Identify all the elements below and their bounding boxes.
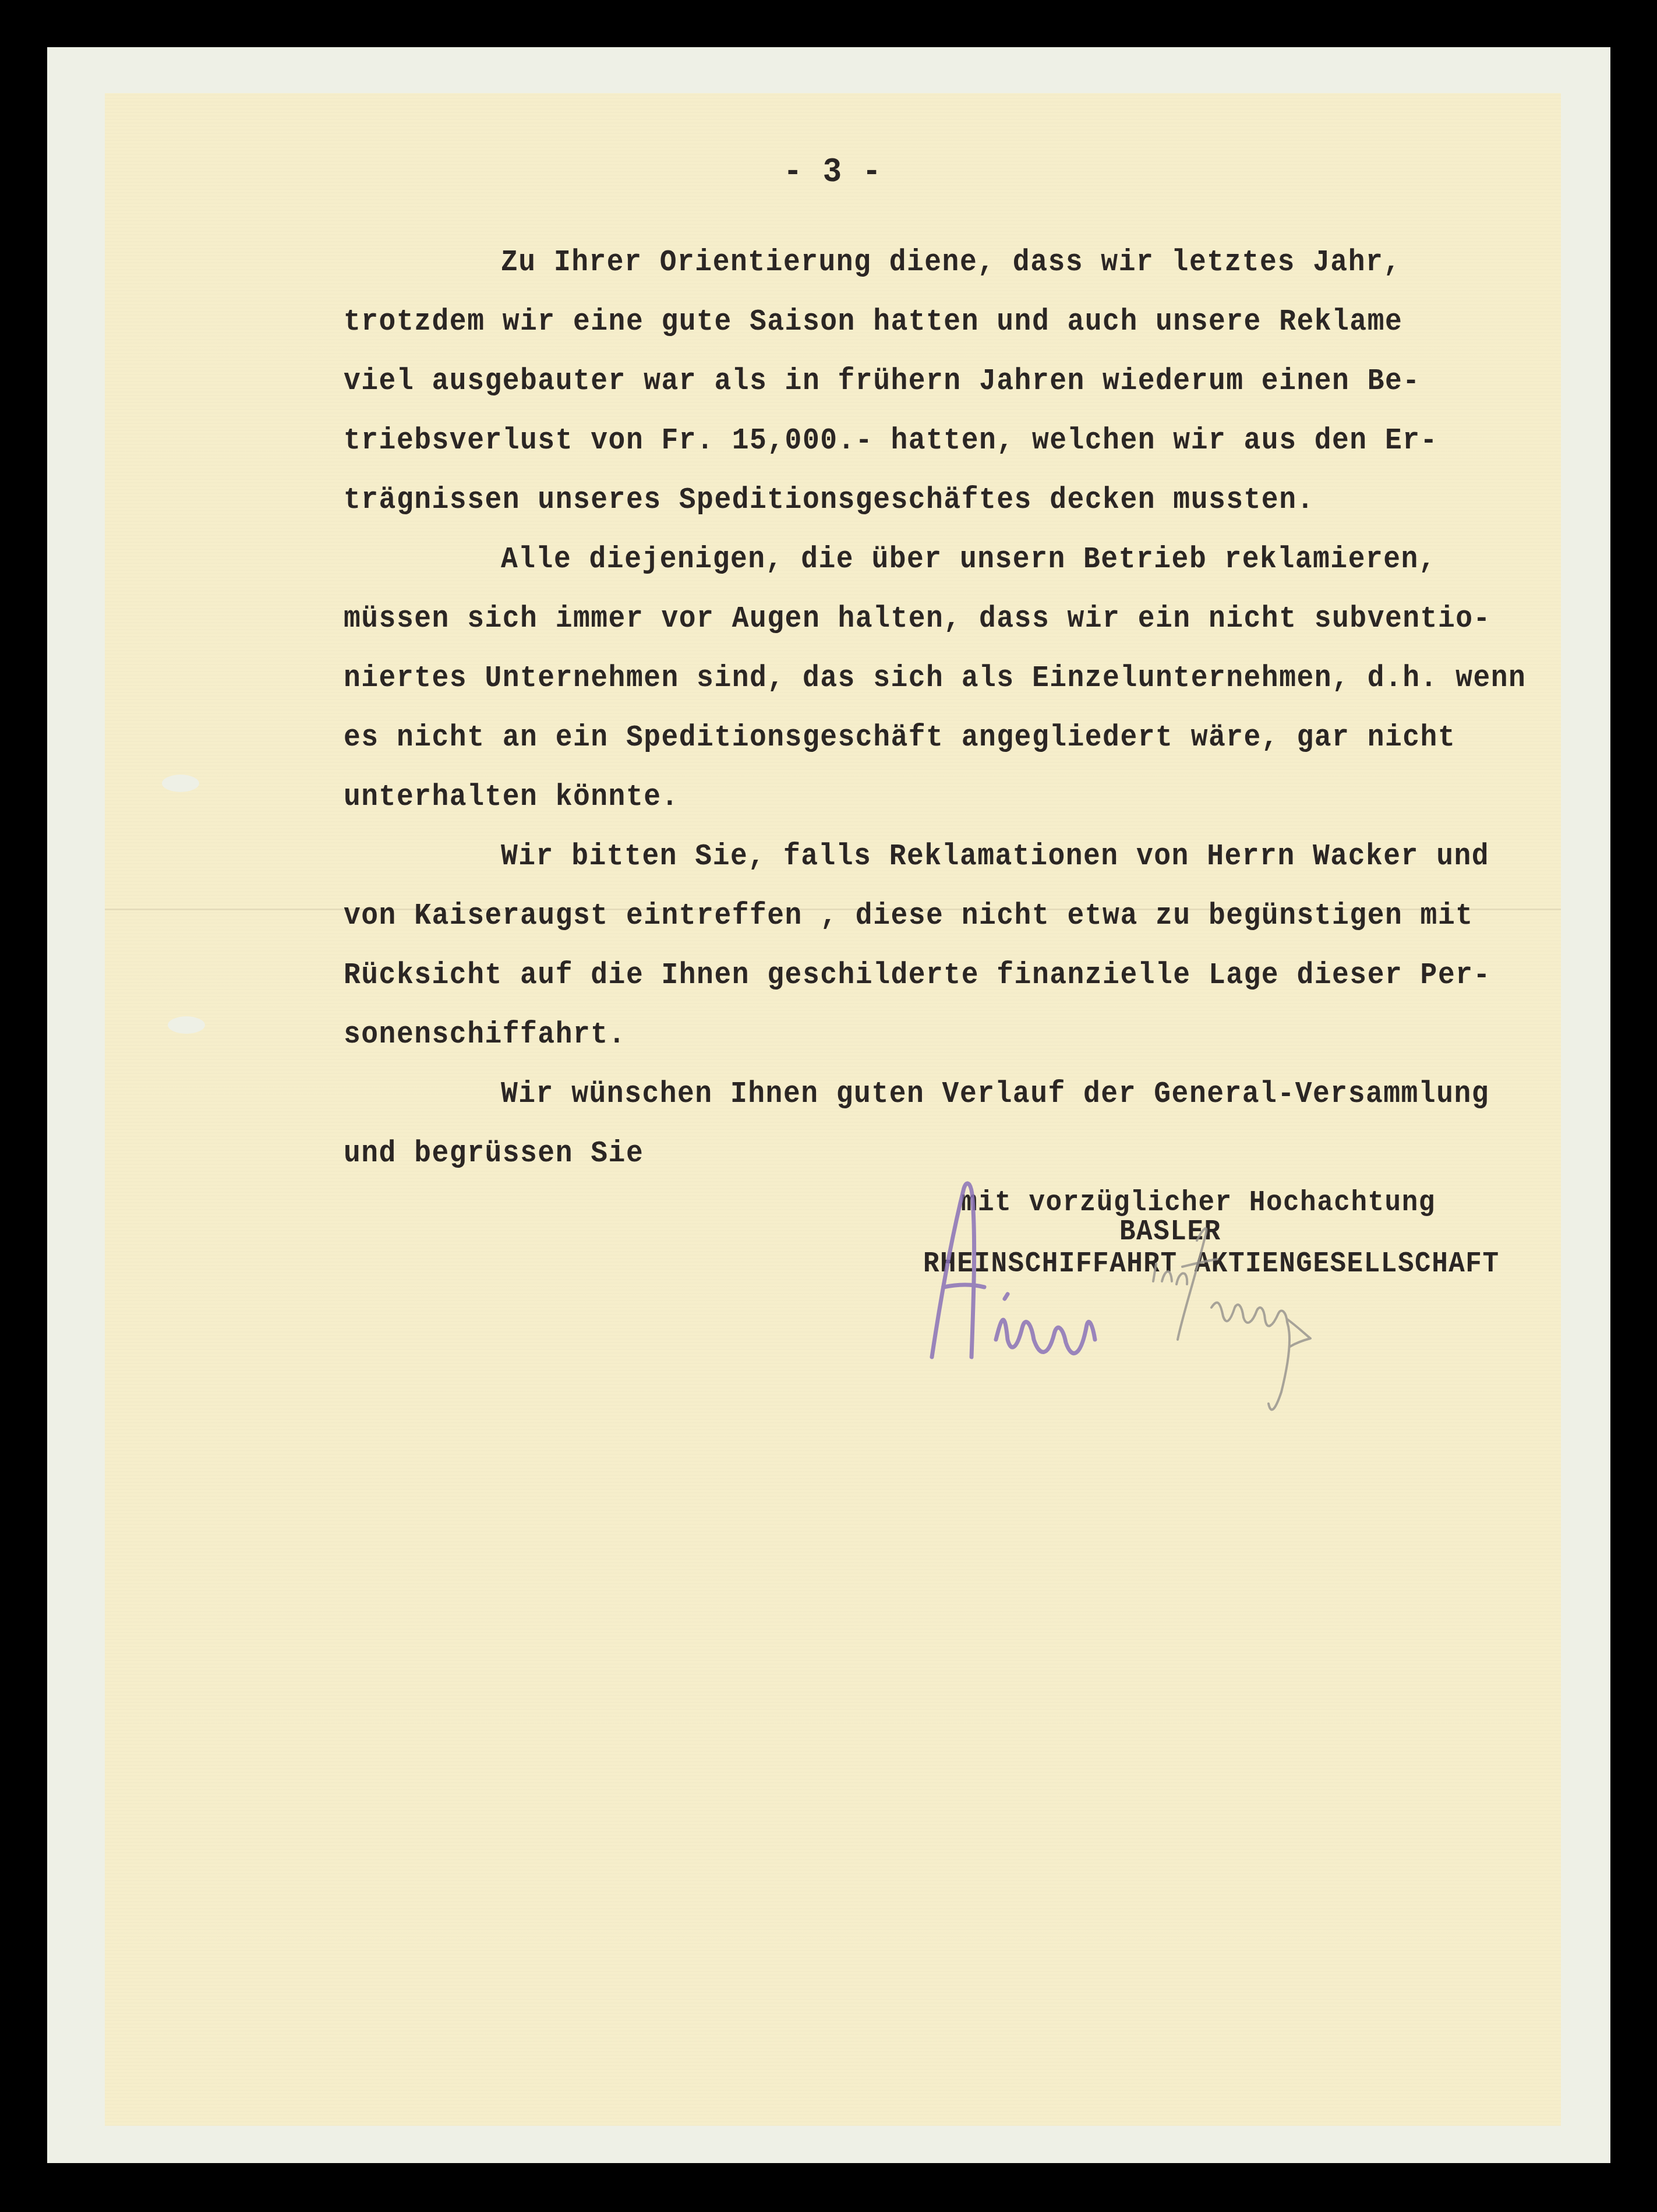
paragraph-3-line-3: Rücksicht auf die Ihnen geschilderte fin… [344, 960, 1491, 991]
page-number: - 3 - [783, 156, 882, 190]
paragraph-4-line-2: und begrüssen Sie [344, 1139, 644, 1169]
paragraph-3-line-4: sonenschiffahrt. [344, 1020, 626, 1050]
handwritten-signatures [909, 1165, 1375, 1491]
paragraph-2-line-4: es nicht an ein Speditionsgeschäft angeg… [344, 723, 1455, 753]
paragraph-1-line-2: trotzdem wir eine gute Saison hatten und… [344, 307, 1402, 337]
punch-hole-top [162, 775, 199, 792]
paragraph-3-line-1: Wir bitten Sie, falls Reklamationen von … [501, 842, 1489, 872]
paragraph-4-line-1: Wir wünschen Ihnen guten Verlauf der Gen… [501, 1079, 1489, 1109]
paragraph-3-line-2: von Kaiseraugst eintreffen , diese nicht… [344, 901, 1474, 931]
paragraph-1-line-3: viel ausgebauter war als in frühern Jahr… [344, 366, 1421, 397]
paragraph-2-line-3: niertes Unternehmen sind, das sich als E… [344, 663, 1526, 694]
punch-hole-bottom [168, 1016, 205, 1034]
paragraph-1-line-5: trägnissen unseres Speditionsgeschäftes … [344, 485, 1315, 515]
paragraph-2-line-1: Alle diejenigen, die über unsern Betrieb… [501, 545, 1436, 575]
letter-page: - 3 - Zu Ihrer Orientierung diene, dass … [105, 93, 1561, 2126]
paragraph-2-line-2: müssen sich immer vor Augen halten, dass… [344, 604, 1491, 634]
signature-violet [932, 1183, 1095, 1357]
paragraph-2-line-5: unterhalten könnte. [344, 782, 679, 812]
signature-pencil [1153, 1228, 1310, 1409]
paragraph-1-line-4: triebsverlust von Fr. 15,000.- hatten, w… [344, 426, 1438, 456]
paragraph-1-line-1: Zu Ihrer Orientierung diene, dass wir le… [501, 248, 1401, 278]
